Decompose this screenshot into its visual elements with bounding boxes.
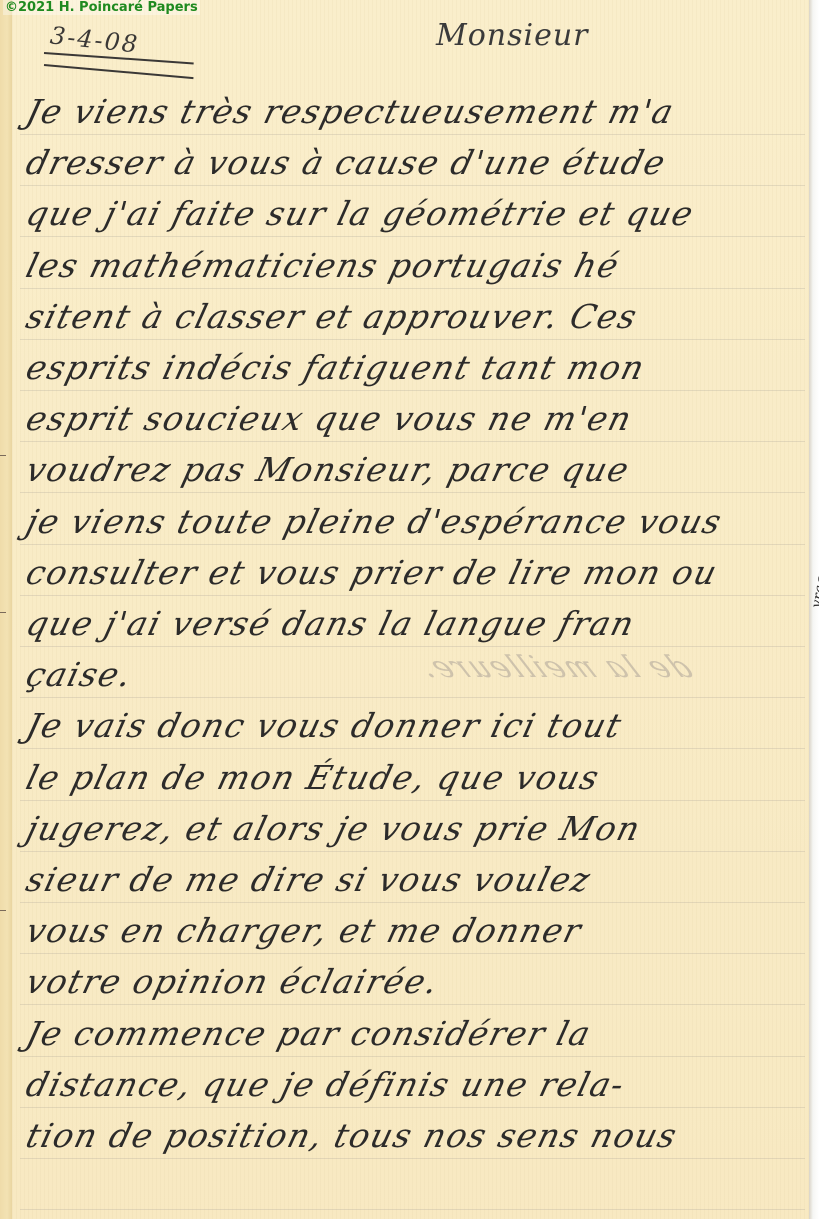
- ruled-line: [20, 1056, 805, 1057]
- ruled-line: [20, 134, 805, 135]
- salutation: Monsieur: [436, 18, 589, 53]
- ruled-line: [20, 492, 805, 493]
- ruled-line: [20, 595, 805, 596]
- letter-line: consulter et vous prier de lire mon ou: [22, 553, 812, 593]
- letter-line: dresser à vous à cause d'une étude: [22, 143, 812, 183]
- letter-line: je viens toute pleine d'espérance vous: [22, 502, 812, 542]
- letter-line: que j'ai versé dans la langue fran: [22, 604, 812, 644]
- letter-line: que j'ai faite sur la géométrie et que: [22, 194, 812, 234]
- letter-line: sieur de me dire si vous voulez: [22, 860, 812, 900]
- ruled-line: [20, 902, 805, 903]
- letter-line: distance, que je définis une rela-: [22, 1065, 812, 1105]
- ruled-line: [20, 697, 805, 698]
- ruled-line: [20, 236, 805, 237]
- letter-line: les mathématiciens portugais hé: [22, 246, 812, 286]
- letter-line: esprits indécis fatiguent tant mon: [22, 348, 812, 388]
- letter-line: Je viens très respectueusement m'a: [22, 92, 812, 132]
- ruled-line: [20, 288, 805, 289]
- ruled-line: [20, 1107, 805, 1108]
- letter-line: tion de position, tous nos sens nous: [22, 1116, 812, 1156]
- margin-tick: [0, 612, 6, 613]
- ruled-line: [20, 544, 805, 545]
- ruled-line: [20, 1158, 805, 1159]
- letter-line: voudrez pas Monsieur, parce que: [22, 450, 812, 490]
- margin-tick: [0, 910, 6, 911]
- letter-line: jugerez, et alors je vous prie Mon: [22, 809, 812, 849]
- letter-line: votre opinion éclairée.: [22, 962, 812, 1002]
- letter-line: vous en charger, et me donner: [22, 911, 812, 951]
- margin-tick: [0, 455, 6, 456]
- ruled-line: [20, 185, 805, 186]
- ruled-line: [20, 1209, 805, 1210]
- letter-line: Je commence par considérer la: [22, 1014, 812, 1054]
- ruled-line: [20, 441, 805, 442]
- copyright-watermark: ©2021 H. Poincaré Papers: [3, 0, 200, 15]
- ruled-line: [20, 1004, 805, 1005]
- ruled-line: [20, 339, 805, 340]
- paper-left-edge: [0, 0, 12, 1219]
- ruled-line: [20, 800, 805, 801]
- ruled-line: [20, 851, 805, 852]
- letter-line: le plan de mon Étude, que vous: [22, 758, 812, 798]
- letter-line: esprit soucieux que vous ne m'en: [22, 399, 812, 439]
- scanned-letter-page: ©2021 H. Poincaré Papers 3-4-08 Monsieur…: [0, 0, 819, 1219]
- ruled-line: [20, 953, 805, 954]
- letter-line: çaise.: [22, 655, 812, 695]
- ruled-line: [20, 748, 805, 749]
- letter-line: Je vais donc vous donner ici tout: [22, 706, 812, 746]
- ruled-line: [20, 390, 805, 391]
- ruled-line: [20, 646, 805, 647]
- letter-line: sitent à classer et approuver. Ces: [22, 297, 812, 337]
